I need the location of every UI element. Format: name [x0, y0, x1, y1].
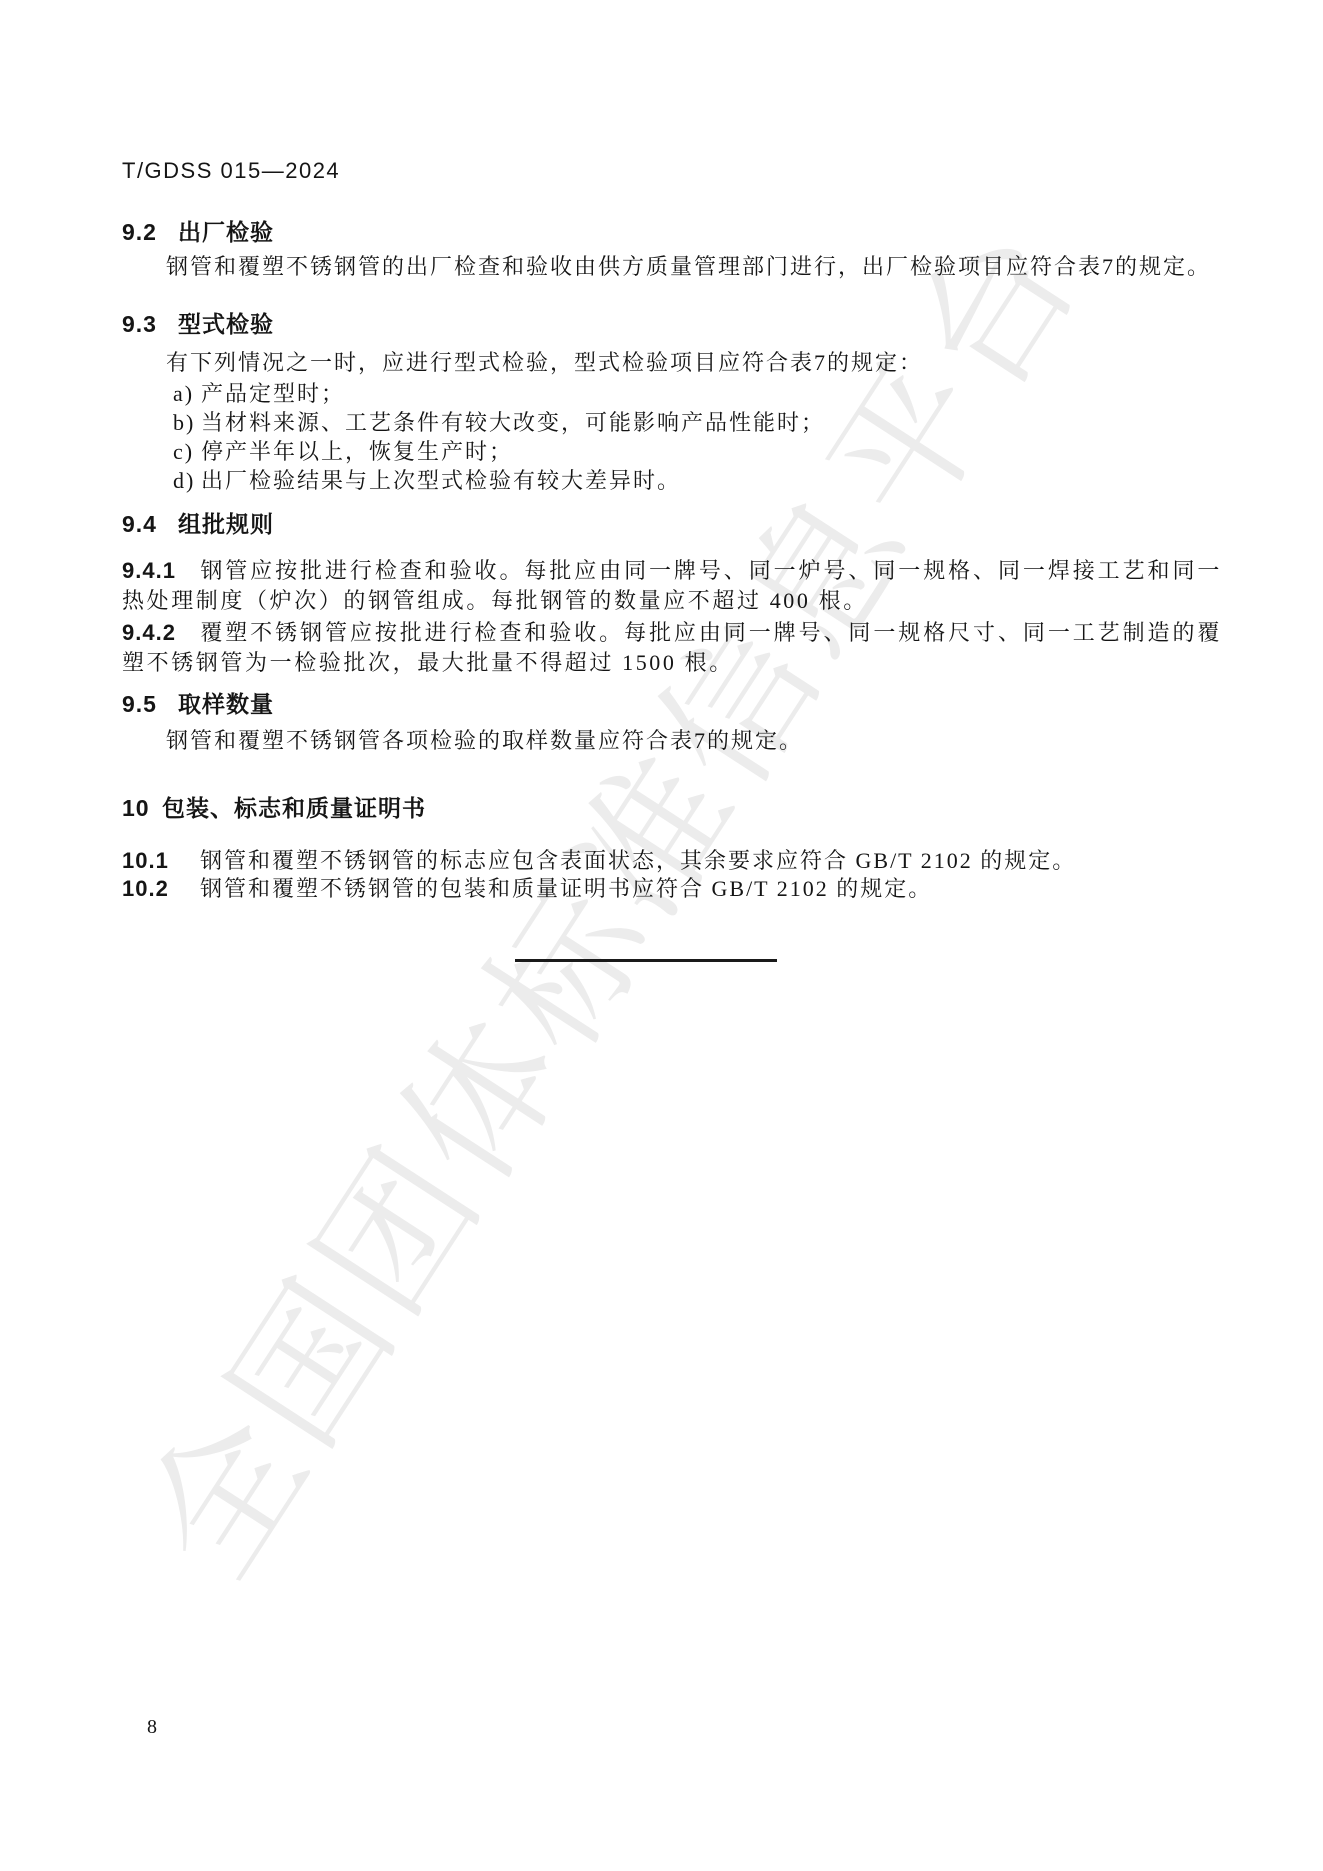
section-9-2-paragraph: 钢管和覆塑不锈钢管的出厂检查和验收由供方质量管理部门进行，出厂检验项目应符合表7… — [122, 252, 1266, 281]
page-number: 8 — [147, 1716, 157, 1739]
section-number: 9.4 — [122, 511, 178, 538]
list-item: a)产品定型时； — [122, 379, 1222, 408]
section-9-3-intro: 有下列情况之一时，应进行型式检验，型式检验项目应符合表7的规定： — [122, 348, 1266, 377]
list-item-marker: d) — [173, 466, 201, 495]
clause-text: 覆塑不锈钢管应按批进行检查和验收。每批应由同一牌号、同一规格尺寸、同一工艺制造的… — [122, 620, 1222, 675]
clause-9-4-2: 9.4.2覆塑不锈钢管应按批进行检查和验收。每批应由同一牌号、同一规格尺寸、同一… — [122, 618, 1222, 678]
section-9-2-heading: 9.2出厂检验 — [122, 214, 1222, 247]
list-item: c)停产半年以上，恢复生产时； — [122, 437, 1222, 466]
clause-number: 10.2 — [122, 874, 200, 903]
clause-text: 钢管和覆塑不锈钢管的包装和质量证明书应符合 GB/T 2102 的规定。 — [200, 876, 932, 901]
list-item: b)当材料来源、工艺条件有较大改变，可能影响产品性能时； — [122, 408, 1222, 437]
section-9-3-heading: 9.3型式检验 — [122, 306, 1222, 339]
section-title: 出厂检验 — [178, 219, 274, 245]
section-title: 取样数量 — [178, 691, 274, 717]
list-item-marker: a) — [173, 379, 201, 408]
section-10-heading: 10包装、标志和质量证明书 — [122, 790, 1222, 823]
list-item-text: 当材料来源、工艺条件有较大改变，可能影响产品性能时； — [201, 410, 825, 435]
clause-number: 9.4.1 — [122, 556, 200, 586]
section-9-4-heading: 9.4组批规则 — [122, 506, 1222, 539]
list-item-text: 产品定型时； — [201, 381, 345, 406]
clause-number: 9.4.2 — [122, 618, 200, 648]
clause-number: 10.1 — [122, 846, 200, 875]
section-number: 9.5 — [122, 691, 178, 718]
list-item: d)出厂检验结果与上次型式检验有较大差异时。 — [122, 466, 1222, 495]
list-item-text: 停产半年以上，恢复生产时； — [201, 439, 513, 464]
clause-text: 钢管和覆塑不锈钢管的标志应包含表面状态，其余要求应符合 GB/T 2102 的规… — [200, 848, 1076, 873]
section-9-5-paragraph: 钢管和覆塑不锈钢管各项检验的取样数量应符合表7的规定。 — [122, 726, 1266, 755]
list-item-text: 出厂检验结果与上次型式检验有较大差异时。 — [201, 468, 681, 493]
clause-text: 钢管应按批进行检查和验收。每批应由同一牌号、同一炉号、同一规格、同一焊接工艺和同… — [122, 558, 1222, 613]
section-title: 包装、标志和质量证明书 — [162, 795, 426, 821]
section-number: 9.3 — [122, 311, 178, 338]
section-9-3-list: a)产品定型时； b)当材料来源、工艺条件有较大改变，可能影响产品性能时； c)… — [122, 379, 1222, 495]
end-of-document-rule — [515, 959, 777, 962]
clause-10-1: 10.1钢管和覆塑不锈钢管的标志应包含表面状态，其余要求应符合 GB/T 210… — [122, 846, 1222, 875]
clause-10-2: 10.2钢管和覆塑不锈钢管的包装和质量证明书应符合 GB/T 2102 的规定。 — [122, 874, 1222, 903]
list-item-marker: c) — [173, 437, 201, 466]
section-number: 10 — [122, 795, 162, 822]
section-title: 组批规则 — [178, 511, 274, 537]
section-number: 9.2 — [122, 219, 178, 246]
list-item-marker: b) — [173, 408, 201, 437]
clause-9-4-1: 9.4.1钢管应按批进行检查和验收。每批应由同一牌号、同一炉号、同一规格、同一焊… — [122, 556, 1222, 616]
section-title: 型式检验 — [178, 311, 274, 337]
section-9-5-heading: 9.5取样数量 — [122, 686, 1222, 719]
document-page: 全国团体标准信息平台 T/GDSS 015—2024 9.2出厂检验 钢管和覆塑… — [0, 0, 1323, 1871]
standard-number-header: T/GDSS 015—2024 — [122, 158, 1222, 184]
